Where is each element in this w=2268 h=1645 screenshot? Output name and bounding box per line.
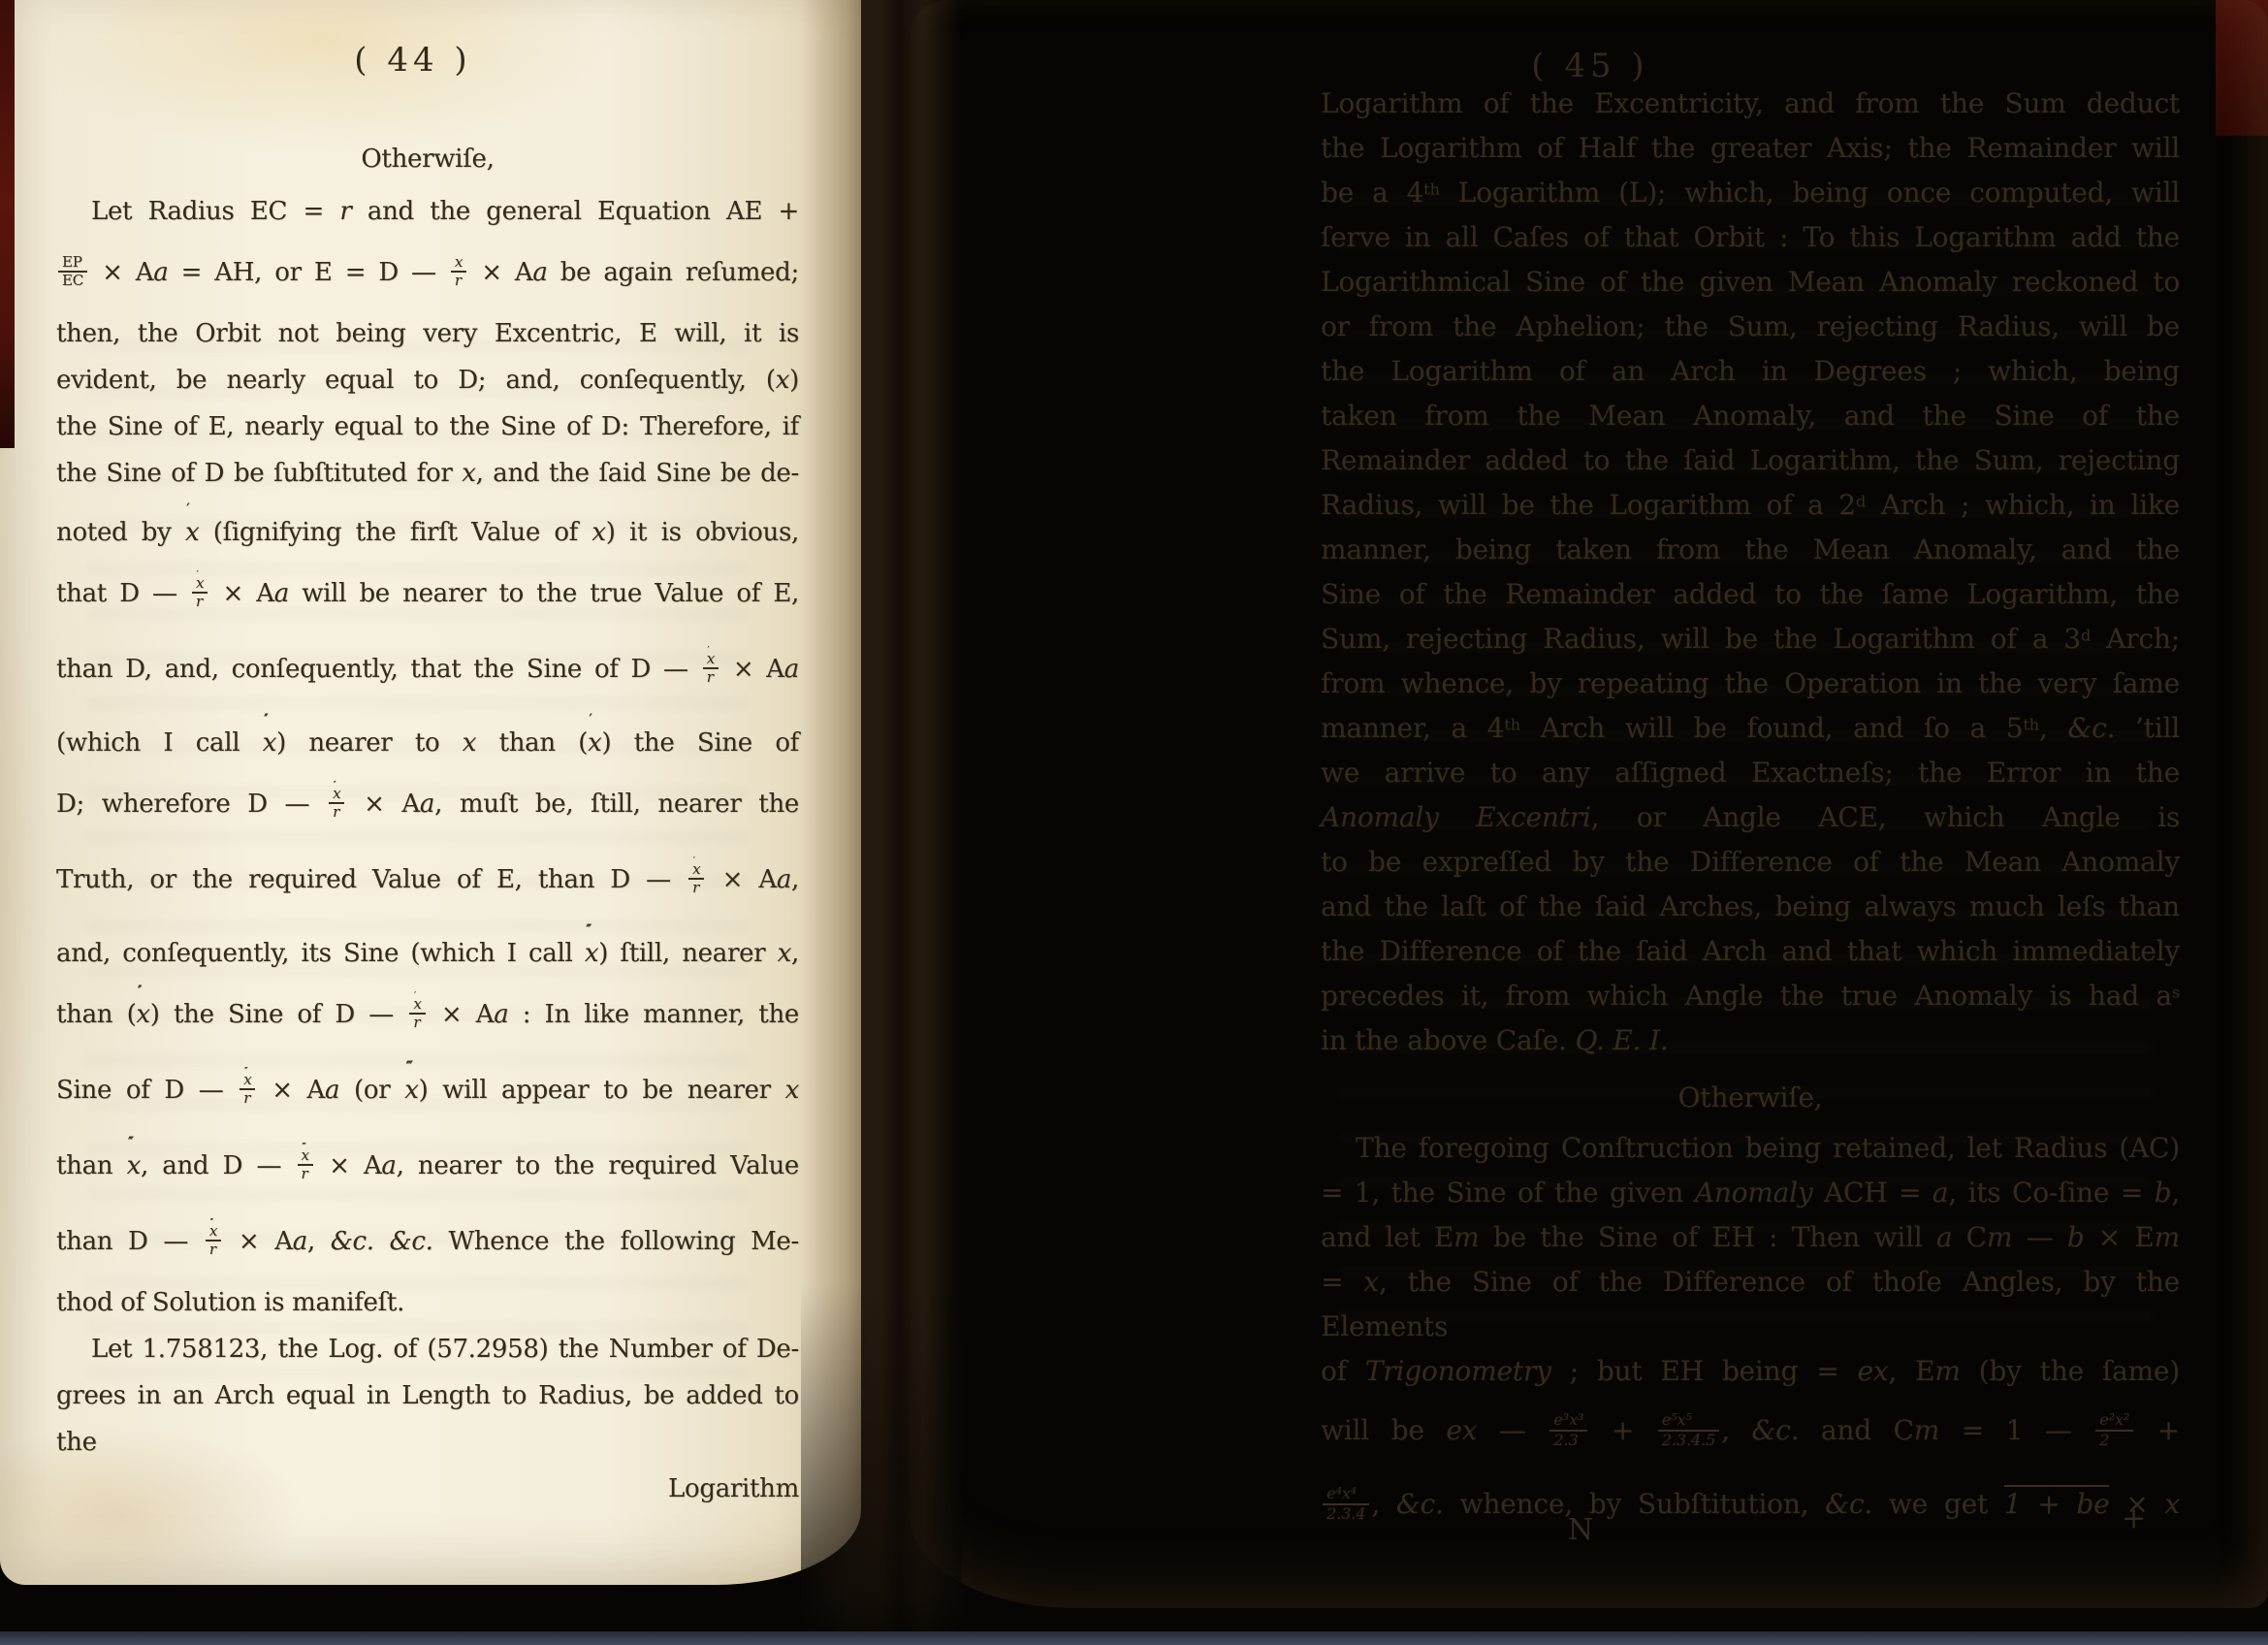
italic-text: &c. <box>1751 1414 1799 1446</box>
text-line: and, conſequently, its Sine (which I cal… <box>56 918 799 977</box>
fraction-denominator: r <box>206 1240 221 1258</box>
text-line: manner, a 4th Arch will be found, and ſo… <box>1321 706 2180 751</box>
fraction: xr <box>449 254 468 289</box>
fraction: ′xr <box>190 575 209 610</box>
italic-text: a <box>777 865 791 894</box>
text-line: e⁴x⁴2.3.4, &c. whence, by Subſtitution, … <box>1321 1468 2180 1541</box>
prime-marks: ′′′′ <box>302 1143 304 1151</box>
italic-text: a <box>153 258 168 287</box>
italic-text: m <box>1914 1414 1939 1446</box>
text-line: Logarithmical Sine of the given Mean Ano… <box>1321 260 2180 305</box>
text-line: The foregoing Conſtruction being retaine… <box>1321 1126 2180 1171</box>
superscript: d <box>2081 627 2091 645</box>
fraction-numerator: ′x <box>688 861 704 878</box>
scan-bed-strip <box>0 1631 2268 1645</box>
fraction-numerator: ′x <box>409 996 425 1013</box>
prime-marks: ′ <box>186 501 187 517</box>
italic-text: x <box>2164 1488 2180 1520</box>
prime-marks: ′′′′ <box>405 1059 411 1075</box>
fraction-numerator: e⁴x⁴ <box>1323 1485 1369 1502</box>
italic-text: m <box>1453 1221 1479 1253</box>
prime-marks: ′′ <box>138 984 141 999</box>
page-number-right: ( 45 ) <box>1387 47 1794 85</box>
fraction-denominator: EC <box>58 271 87 289</box>
text-line: and let Em be the Sine of EH : Then will… <box>1321 1215 2180 1260</box>
right-page-text: Logarithm of the Excentricity, and from … <box>1321 81 2180 1541</box>
fraction-numerator: e³x³ <box>1549 1411 1587 1429</box>
text-line: of Trigonometry ; but EH being = ex, Em … <box>1321 1349 2180 1394</box>
text-line: Sum, rejecting Radius, will be the Logar… <box>1321 617 2180 661</box>
italic-text: b <box>2067 1221 2085 1253</box>
italic-text: x <box>785 1076 799 1105</box>
text-line: ſerve in all Caſes of that Orbit : To th… <box>1321 215 2180 260</box>
text-line: evident, be nearly equal to D; and, conſ… <box>56 357 799 403</box>
text-line: then, the Orbit not being very Excentric… <box>56 310 799 357</box>
text-line: Sine of the Remainder added to the ſame … <box>1321 572 2180 617</box>
italic-text: m <box>1934 1355 1960 1387</box>
prime-marks: ′′′ <box>128 1135 132 1150</box>
prime-marks: ′ <box>693 856 694 865</box>
fraction: ′xr <box>687 861 706 896</box>
text-line: and the laſt of the ſaid Arches, being a… <box>1321 885 2180 929</box>
superscript: d <box>1856 493 1866 511</box>
accented-variable: ′′′′x <box>302 1147 309 1164</box>
text-line: = 1, the Sine of the given Anomaly ACH =… <box>1321 1171 2180 1215</box>
fraction: ′xr <box>407 996 427 1031</box>
fraction: e²x²2 <box>2093 1411 2135 1448</box>
prime-marks: ′ <box>414 991 415 1000</box>
italic-text: b <box>2155 1177 2172 1209</box>
prime-marks: ′′′ <box>244 1067 246 1076</box>
text-line: Radius, will be the Logarithm of a 2d Ar… <box>1321 483 2180 528</box>
fraction-numerator: ′′′′x <box>298 1147 313 1164</box>
italic-text: x <box>463 728 476 758</box>
text-line: Anomaly Excentri, or Angle ACE, which An… <box>1321 795 2180 840</box>
italic-text: x <box>591 518 605 547</box>
fraction-numerator: ′x <box>192 575 208 592</box>
text-line: than ′′′x, and D — ′′′′xr × Aa, nearer t… <box>56 1128 799 1204</box>
text-line: noted by ′x (ſignifying the firſt Value … <box>56 497 799 556</box>
fraction-denominator: r <box>451 271 466 289</box>
italic-text: a <box>293 1227 307 1256</box>
fraction: e³x³2.3 <box>1548 1411 1589 1448</box>
italic-text: m <box>1987 1221 2012 1253</box>
text-line: precedes it, from which Angle the true A… <box>1321 974 2180 1018</box>
text-line: Truth, or the required Value of E, than … <box>56 842 799 918</box>
text-line: the Logarithm of Half the greater Axis; … <box>1321 126 2180 171</box>
italic-text: a <box>784 655 799 684</box>
accented-variable: ′x <box>692 861 700 878</box>
italic-text: &c. <box>1396 1488 1444 1520</box>
text-line: be a 4th Logarithm (L); which, being onc… <box>1321 171 2180 215</box>
text-line: taken from the Mean Anomaly, and the Sin… <box>1321 394 2180 438</box>
text-line: manner, being taken from the Mean Anomal… <box>1321 528 2180 572</box>
accented-variable: ′′′x <box>127 1143 141 1189</box>
text-line: than D — ′′′xr × Aa, &c. &c. Whence the … <box>56 1204 799 1279</box>
fraction: ′′′xr <box>204 1223 223 1258</box>
prime-marks: ′ <box>589 712 590 727</box>
text-line: Remainder added to the ſaid Logarithm, t… <box>1321 438 2180 483</box>
italic-text: a <box>1933 1177 1949 1209</box>
italic-text: a <box>420 790 434 819</box>
italic-text: x <box>776 366 789 395</box>
italic-text: a <box>325 1076 339 1105</box>
text-line: Otherwiſe, <box>1321 1063 2180 1126</box>
accented-variable: ′′′x <box>209 1223 217 1240</box>
superscript: th <box>1423 180 1440 199</box>
fraction-denominator: 2.3 <box>1549 1430 1587 1449</box>
fraction-denominator: r <box>298 1164 313 1182</box>
italic-text: a <box>494 1000 508 1029</box>
italic-text: ex <box>1857 1355 1888 1387</box>
text-line: in the above Caſe. Q. E. I. <box>1321 1018 2180 1063</box>
fraction-numerator: ′′′x <box>206 1223 221 1240</box>
text-line: from whence, by repeating the Operation … <box>1321 661 2180 706</box>
fraction: ′xr <box>701 651 720 686</box>
italic-text: Q. E. I. <box>1575 1024 1668 1056</box>
page-number-left: ( 44 ) <box>229 41 597 80</box>
text-line: Logarithm <box>56 1466 799 1512</box>
accented-variable: ′′′′x <box>404 1067 418 1113</box>
accented-variable: ′′x <box>136 991 149 1038</box>
text-line: will be ex — e³x³2.3 + e⁵x⁵2.3.4.5, &c. … <box>1321 1394 2180 1468</box>
accented-variable: ′x <box>413 996 421 1013</box>
prime-marks: ′ <box>707 646 708 655</box>
text-line: than (′′x) the Sine of D — ′xr × Aa : In… <box>56 977 799 1052</box>
text-line: to be expreſſed by the Difference of the… <box>1321 840 2180 885</box>
italic-text: &c. <box>2067 712 2115 744</box>
accented-variable: ′x <box>588 720 601 766</box>
text-line: = x, the Sine of the Difference of thoſe… <box>1321 1260 2180 1349</box>
prime-marks: ′′ <box>334 781 335 790</box>
fraction: ′′′xr <box>238 1072 257 1107</box>
superscript: th <box>1504 716 1520 734</box>
fraction-denominator: 2.3.4.5 <box>1658 1430 1719 1449</box>
text-line: than D, and, conſequently, that the Sine… <box>56 631 799 707</box>
text-line: Otherwiſe, <box>56 136 799 188</box>
fraction-denominator: r <box>703 667 719 686</box>
text-line: grees in an Arch equal in Length to Radi… <box>56 1372 799 1466</box>
fraction-denominator: 2 <box>2095 1430 2133 1449</box>
catchword-plus: + <box>2122 1501 2146 1535</box>
fraction: EPEC <box>56 254 89 289</box>
book-scan: ( 44 ) ( 45 ) Otherwiſe,Let Radius EC = … <box>0 0 2268 1645</box>
italic-text: x <box>462 459 475 488</box>
text-line: the Sine of E, nearly equal to the Sine … <box>56 403 799 450</box>
italic-text: ex <box>1446 1414 1477 1446</box>
text-line: Sine of D — ′′′xr × Aa (or ′′′′x) will a… <box>56 1052 799 1128</box>
text-line: or from the Aphelion; the Sum, rejecting… <box>1321 305 2180 349</box>
text-line: D; wherefore D — ′′xr × Aa, muſt be, ſti… <box>56 766 799 842</box>
signature-mark: N <box>1551 1513 1610 1547</box>
fraction-denominator: 2.3.4 <box>1323 1503 1369 1523</box>
accented-variable: ′′′x <box>243 1072 251 1088</box>
italic-text: a <box>532 258 547 287</box>
prime-marks: ′′′ <box>586 922 590 938</box>
italic-text: x <box>1363 1266 1379 1298</box>
accented-variable: ′x <box>707 651 715 667</box>
italic-text: a <box>274 579 289 608</box>
fraction-numerator: x <box>451 254 466 271</box>
text-line: Let 1.758123, the Log. of (57.2958) the … <box>56 1326 799 1372</box>
italic-text: a <box>381 1151 396 1180</box>
fraction: e⁴x⁴2.3.4 <box>1321 1485 1371 1522</box>
fraction-denominator: r <box>688 878 704 896</box>
italic-text: &c. &c. <box>331 1227 433 1256</box>
fraction: ′′′′xr <box>296 1147 315 1182</box>
fraction-denominator: r <box>329 802 344 821</box>
italic-text: &c. <box>1825 1488 1872 1520</box>
text-line: the Difference of the ſaid Arch and that… <box>1321 929 2180 974</box>
text-line: that D — ′xr × Aa will be nearer to the … <box>56 556 799 631</box>
fraction-numerator: e⁵x⁵ <box>1658 1411 1719 1429</box>
fraction-denominator: r <box>409 1013 425 1031</box>
left-page-text: Otherwiſe,Let Radius EC = r and the gene… <box>56 136 799 1512</box>
fraction-numerator: e²x² <box>2095 1411 2133 1429</box>
text-line: the Sine of D be ſubſtituted for x, and … <box>56 450 799 497</box>
italic-text: a <box>1936 1221 1953 1253</box>
prime-marks: ′′ <box>264 712 267 727</box>
overlined-expression: 1 + be <box>2004 1485 2110 1520</box>
fraction: e⁵x⁵2.3.4.5 <box>1656 1411 1721 1448</box>
italic-text: m <box>2155 1221 2180 1253</box>
text-line: we arrive to any aſſigned Exactneſs; the… <box>1321 751 2180 795</box>
accented-variable: ′′′x <box>585 930 598 977</box>
accented-variable: ′′x <box>333 786 340 802</box>
fraction-numerator: ′′′x <box>240 1072 255 1088</box>
fraction-numerator: ′x <box>703 651 719 667</box>
italic-text: Trigonometry <box>1365 1355 1551 1387</box>
text-line: (which I call ′′x) nearer to x than (′x)… <box>56 707 799 766</box>
italic-text: Anomaly <box>1695 1177 1813 1209</box>
fraction-denominator: r <box>192 592 208 610</box>
gutter-shadow <box>801 0 962 1645</box>
fraction-numerator: EP <box>58 254 87 271</box>
text-line: Logarithm of the Excentricity, and from … <box>1321 81 2180 126</box>
text-line: Let Radius EC = r and the general Equati… <box>56 188 799 235</box>
cover-edge-left <box>0 0 15 448</box>
prime-marks: ′ <box>197 570 198 579</box>
text-line: EPEC × Aa = AH, or E = D — xr × Aa be ag… <box>56 235 799 310</box>
accented-variable: ′′x <box>263 720 276 766</box>
superscript: th <box>2023 716 2039 734</box>
fraction-numerator: ′′x <box>329 786 344 802</box>
fraction-denominator: r <box>240 1088 255 1107</box>
italic-text: x <box>778 939 791 968</box>
text-line: the Logarithm of an Arch in Degrees ; wh… <box>1321 349 2180 394</box>
fraction: ′′xr <box>327 786 346 821</box>
prime-marks: ′′′ <box>210 1218 212 1227</box>
italic-text: Anomaly Excentri <box>1321 801 1591 833</box>
accented-variable: ′x <box>196 575 204 592</box>
superscript: s <box>2172 984 2180 1002</box>
accented-variable: ′x <box>185 509 199 556</box>
italic-text: r <box>339 197 351 226</box>
text-line: thod of Solution is manifeſt. <box>56 1279 799 1326</box>
